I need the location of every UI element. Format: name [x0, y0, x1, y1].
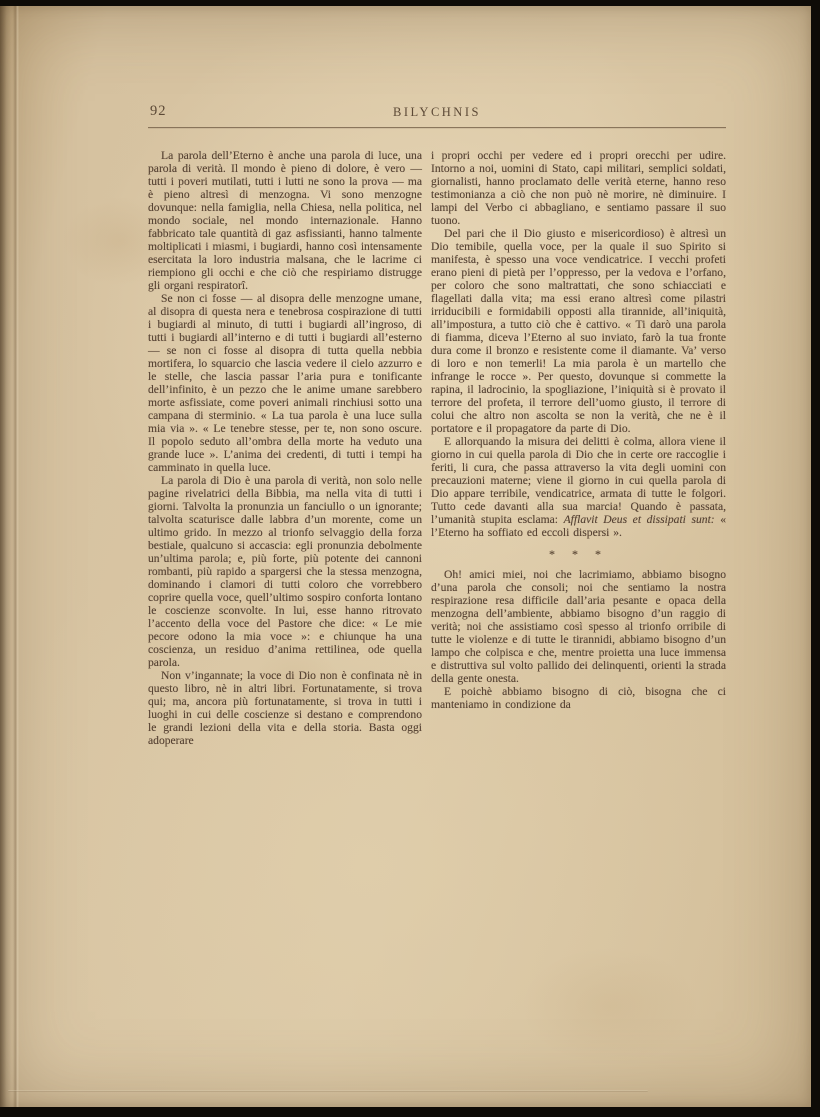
page-header: 92 BILYCHNIS [148, 102, 726, 124]
paragraph: Del pari che il Dio giusto e misericordi… [431, 227, 726, 435]
paragraph: E poichè abbiamo bisogno di ciò, bisogna… [431, 685, 726, 711]
paragraph: La parola dell’Eterno è anche una parola… [148, 149, 422, 292]
paragraph-continuation: i propri occhi per vedere ed i propri or… [431, 149, 726, 227]
paragraph: La parola di Dio è una parola di verità,… [148, 474, 422, 669]
page-binding-edge [0, 6, 11, 1107]
page-crease [13, 6, 19, 1107]
paragraph: Se non ci fosse — al disopra delle menzo… [148, 292, 422, 474]
scanned-page: 92 BILYCHNIS La parola dell’Eterno è anc… [0, 6, 811, 1107]
under-page-edge [8, 1090, 648, 1092]
latin-quote-italic: Afflavit Deus et dissipati sunt: [564, 513, 715, 526]
header-rule [148, 127, 726, 128]
running-head-title: BILYCHNIS [148, 105, 726, 120]
paper-stain [520, 946, 700, 1066]
right-column: i propri occhi per vedere ed i propri or… [431, 149, 726, 747]
asterisk-separator: * * * [431, 548, 726, 561]
paragraph: Oh! amici miei, noi che lacrimiamo, abbi… [431, 568, 726, 685]
left-column: La parola dell’Eterno è anche una parola… [148, 149, 422, 747]
paragraph-with-latin-quote: E allorquando la misura dei delitti è co… [431, 435, 726, 539]
text-columns: La parola dell’Eterno è anche una parola… [148, 149, 726, 747]
paragraph: Non v’ingannate; la voce di Dio non è co… [148, 669, 422, 747]
